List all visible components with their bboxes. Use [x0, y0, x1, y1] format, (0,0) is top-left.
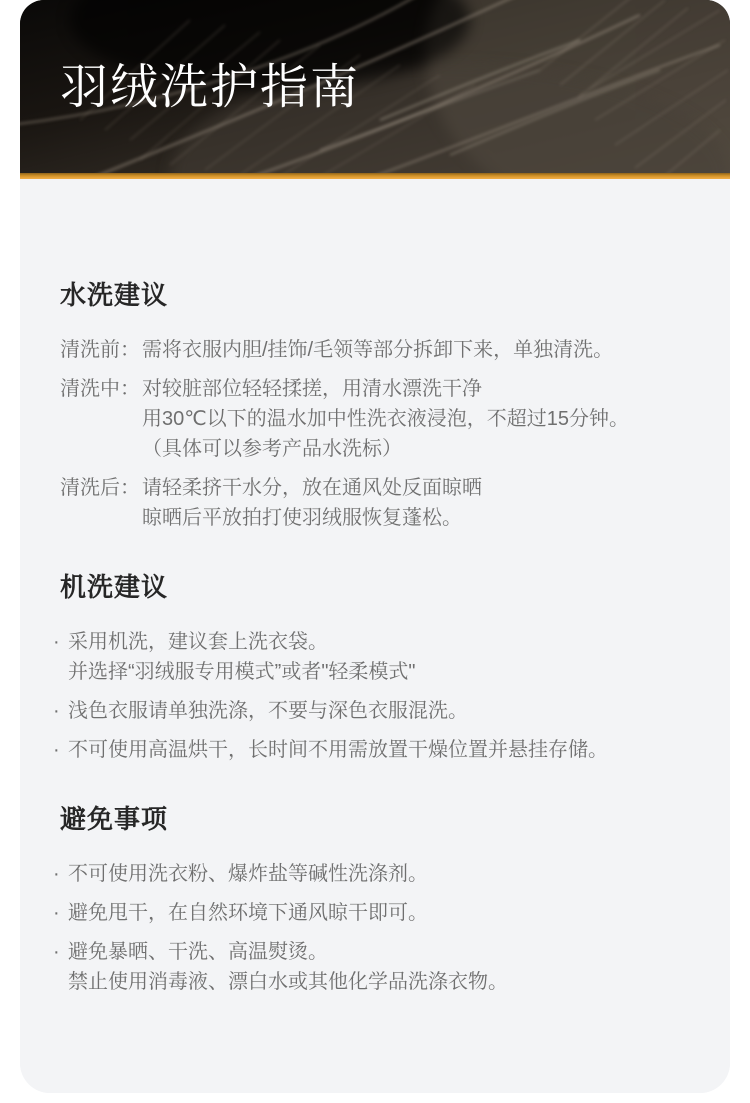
bullet-text: 并选择“羽绒服专用模式”或者"轻柔模式" — [68, 657, 416, 687]
hero-header: 羽绒洗护指南 — [20, 0, 730, 173]
bullet-text: 避免甩干，在自然环境下通风晾干即可。 — [68, 898, 428, 928]
step-text: 对较脏部位轻轻揉搓，用清水漂洗干净 用30℃以下的温水加中性洗衣液浸泡，不超过1… — [142, 374, 690, 464]
bullet-line: · 浅色衣服请单独洗涤，不要与深色衣服混洗。 — [60, 696, 690, 726]
bullet-dot-spacer — [53, 967, 68, 997]
bullet-line: · 采用机洗，建议套上洗衣袋。 — [60, 627, 690, 657]
list-item: · 采用机洗，建议套上洗衣袋。 并选择“羽绒服专用模式”或者"轻柔模式" — [60, 627, 690, 687]
list-item: · 不可使用高温烘干，长时间不用需放置干燥位置并悬挂存储。 — [60, 735, 690, 765]
step-line: （具体可以参考产品水洗标） — [142, 434, 690, 464]
bullet-dot: · — [53, 696, 68, 726]
care-step-row-before: 清洗前： 需将衣服内胆/挂饰/毛领等部分拆卸下来，单独清洗。 — [60, 335, 690, 365]
step-line: 晾晒后平放拍打使羽绒服恢复蓬松。 — [142, 503, 690, 533]
section-heading-hand-wash: 水洗建议 — [60, 277, 690, 313]
step-line: 用30℃以下的温水加中性洗衣液浸泡，不超过15分钟。 — [142, 404, 690, 434]
bullet-dot: · — [53, 735, 68, 765]
section-heading-avoid: 避免事项 — [60, 801, 690, 837]
bullet-text: 浅色衣服请单独洗涤，不要与深色衣服混洗。 — [68, 696, 468, 726]
bullet-dot: · — [53, 937, 68, 967]
care-guide-card: 羽绒洗护指南 水洗建议 清洗前： 需将衣服内胆/挂饰/毛领等部分拆卸下来，单独清… — [20, 0, 730, 1093]
step-line: 需将衣服内胆/挂饰/毛领等部分拆卸下来，单独清洗。 — [142, 335, 690, 365]
content-area: 水洗建议 清洗前： 需将衣服内胆/挂饰/毛领等部分拆卸下来，单独清洗。 清洗中：… — [20, 179, 730, 1093]
step-text: 需将衣服内胆/挂饰/毛领等部分拆卸下来，单独清洗。 — [142, 335, 690, 365]
bullet-dot: · — [53, 627, 68, 657]
bullet-line: 禁止使用消毒液、漂白水或其他化学品洗涤衣物。 — [60, 967, 690, 997]
page-title: 羽绒洗护指南 — [60, 60, 360, 116]
list-item: · 避免暴晒、干洗、高温熨烫。 禁止使用消毒液、漂白水或其他化学品洗涤衣物。 — [60, 937, 690, 997]
bullet-line: · 不可使用洗衣粉、爆炸盐等碱性洗涤剂。 — [60, 859, 690, 889]
section-hand-wash: 水洗建议 清洗前： 需将衣服内胆/挂饰/毛领等部分拆卸下来，单独清洗。 清洗中：… — [60, 277, 690, 533]
step-line: 请轻柔挤干水分，放在通风处反面晾晒 — [142, 473, 690, 503]
step-text: 请轻柔挤干水分，放在通风处反面晾晒 晾晒后平放拍打使羽绒服恢复蓬松。 — [142, 473, 690, 533]
section-avoid: 避免事项 · 不可使用洗衣粉、爆炸盐等碱性洗涤剂。 · 避免甩干，在自然环境下通… — [60, 801, 690, 997]
page: 羽绒洗护指南 水洗建议 清洗前： 需将衣服内胆/挂饰/毛领等部分拆卸下来，单独清… — [0, 0, 750, 1103]
care-step-row-after: 清洗后： 请轻柔挤干水分，放在通风处反面晾晒 晾晒后平放拍打使羽绒服恢复蓬松。 — [60, 473, 690, 533]
bullet-dot-spacer — [53, 657, 68, 687]
list-item: · 浅色衣服请单独洗涤，不要与深色衣服混洗。 — [60, 696, 690, 726]
section-heading-machine-wash: 机洗建议 — [60, 569, 690, 605]
bullet-text: 避免暴晒、干洗、高温熨烫。 — [68, 937, 328, 967]
bullet-text: 不可使用高温烘干，长时间不用需放置干燥位置并悬挂存储。 — [68, 735, 608, 765]
bullet-line: · 避免甩干，在自然环境下通风晾干即可。 — [60, 898, 690, 928]
bullet-line: · 不可使用高温烘干，长时间不用需放置干燥位置并悬挂存储。 — [60, 735, 690, 765]
bullet-dot: · — [53, 859, 68, 889]
bullet-text: 采用机洗，建议套上洗衣袋。 — [68, 627, 328, 657]
bullet-dot: · — [53, 898, 68, 928]
bullet-line: 并选择“羽绒服专用模式”或者"轻柔模式" — [60, 657, 690, 687]
section-machine-wash: 机洗建议 · 采用机洗，建议套上洗衣袋。 并选择“羽绒服专用模式”或者"轻柔模式… — [60, 569, 690, 765]
step-label: 清洗前： — [60, 335, 142, 365]
step-line: 对较脏部位轻轻揉搓，用清水漂洗干净 — [142, 374, 690, 404]
bullet-text: 不可使用洗衣粉、爆炸盐等碱性洗涤剂。 — [68, 859, 428, 889]
bullet-line: · 避免暴晒、干洗、高温熨烫。 — [60, 937, 690, 967]
bullet-text: 禁止使用消毒液、漂白水或其他化学品洗涤衣物。 — [68, 967, 508, 997]
step-label: 清洗后： — [60, 473, 142, 503]
list-item: · 避免甩干，在自然环境下通风晾干即可。 — [60, 898, 690, 928]
list-item: · 不可使用洗衣粉、爆炸盐等碱性洗涤剂。 — [60, 859, 690, 889]
care-step-row-during: 清洗中： 对较脏部位轻轻揉搓，用清水漂洗干净 用30℃以下的温水加中性洗衣液浸泡… — [60, 374, 690, 464]
step-label: 清洗中： — [60, 374, 142, 404]
